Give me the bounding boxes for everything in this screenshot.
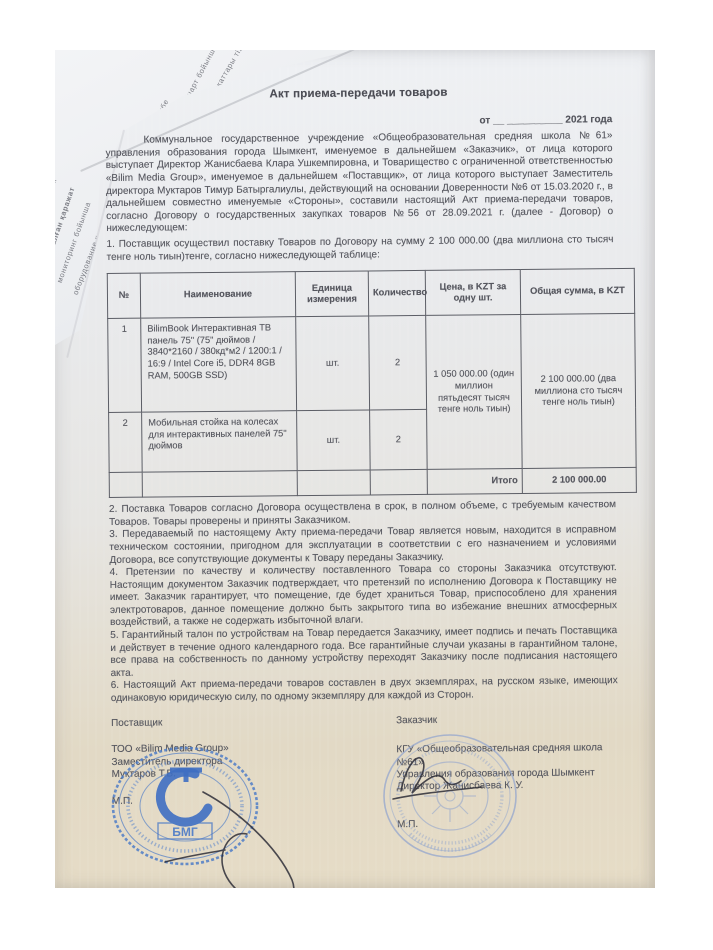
row2-no: 2 (109, 412, 143, 472)
col-header-name: Наименование (140, 272, 295, 318)
col-header-total: Общая сумма, в KZT (520, 269, 634, 315)
clause-4: 4. Претензии по качеству и количеству по… (110, 562, 618, 630)
document-page: Акт приема-передачи товаров от __ ______… (105, 85, 619, 834)
empty-cell (370, 470, 427, 496)
price-cell: 1 050 000.00 (один миллион пятьдесят тыс… (426, 315, 522, 470)
col-header-no: № (107, 273, 140, 318)
supplier-signature-line (165, 850, 225, 862)
empty-cell (142, 471, 297, 497)
clause-6: 6. Настоящий Акт приема-передачи товаров… (111, 676, 618, 706)
table-total-row: Итого 2 100 000.00 (109, 468, 636, 498)
supplier-heading: Поставщик (111, 715, 396, 730)
row2-unit: шт. (297, 410, 371, 471)
total-label: Итого (427, 469, 522, 495)
clause-5: 5. Гарантийный талон по устройствам на Т… (110, 625, 617, 680)
col-header-qty: Количество (368, 271, 425, 317)
row1-no: 1 (108, 318, 142, 412)
clause-3: 3. Передаваемый по настоящему Акту прием… (109, 524, 616, 567)
customer-seal-label: М.П. (397, 817, 619, 832)
empty-cell (297, 470, 370, 496)
col-header-price: Цена, в KZT за одну шт. (425, 270, 520, 316)
col-header-unit: Единица измерения (295, 271, 368, 317)
customer-org: КГУ «Общеобразовательная средняя школа №… (396, 742, 618, 769)
goods-table: № Наименование Единица измерения Количес… (107, 268, 637, 498)
customer-person: Директор Жанисбаева К. У. (397, 780, 619, 795)
customer-heading: Заказчик (396, 713, 618, 728)
supplier-column: Поставщик ТОО «Bilim Media Group» Замест… (111, 715, 397, 835)
supplier-seal-label: М.П. (112, 794, 397, 809)
table-row: 1 BilimBook Интерактивная ТВ панель 75" … (108, 314, 636, 413)
table-header-row: № Наименование Единица измерения Количес… (107, 269, 634, 319)
screenshot-root: { "doc": { "title": "Акт приема-передачи… (0, 0, 713, 950)
customer-column: Заказчик КГУ «Общеобразовательная средня… (396, 713, 619, 832)
row1-unit: шт. (296, 316, 370, 411)
empty-cell (109, 472, 142, 497)
row1-name: BilimBook Интерактивная ТВ панель 75" (7… (141, 317, 297, 412)
intro-paragraph: Коммунальное государственное учреждение … (105, 130, 613, 236)
supplier-person: Муктаров Т.Б. (112, 766, 397, 781)
row1-qty: 2 (369, 316, 427, 411)
total-cell: 2 100 000.00 (два миллиона сто тысяч тен… (521, 314, 636, 469)
date-line: от __ __________ 2021 года (105, 114, 612, 131)
clause-1: 1. Поставщик осуществил поставку Товаров… (106, 234, 613, 264)
signature-section: Поставщик ТОО «Bilim Media Group» Замест… (111, 713, 619, 835)
scanned-document-photo: кредиторлық берешек жинақталған қаражат … (55, 50, 655, 888)
row2-name: Мобильная стойка на колесах для интеракт… (142, 411, 298, 472)
clauses-block: 2. Поставка Товаров согласно Договора ос… (109, 499, 618, 705)
row2-qty: 2 (370, 410, 428, 471)
total-value: 2 100 000.00 (522, 468, 636, 494)
